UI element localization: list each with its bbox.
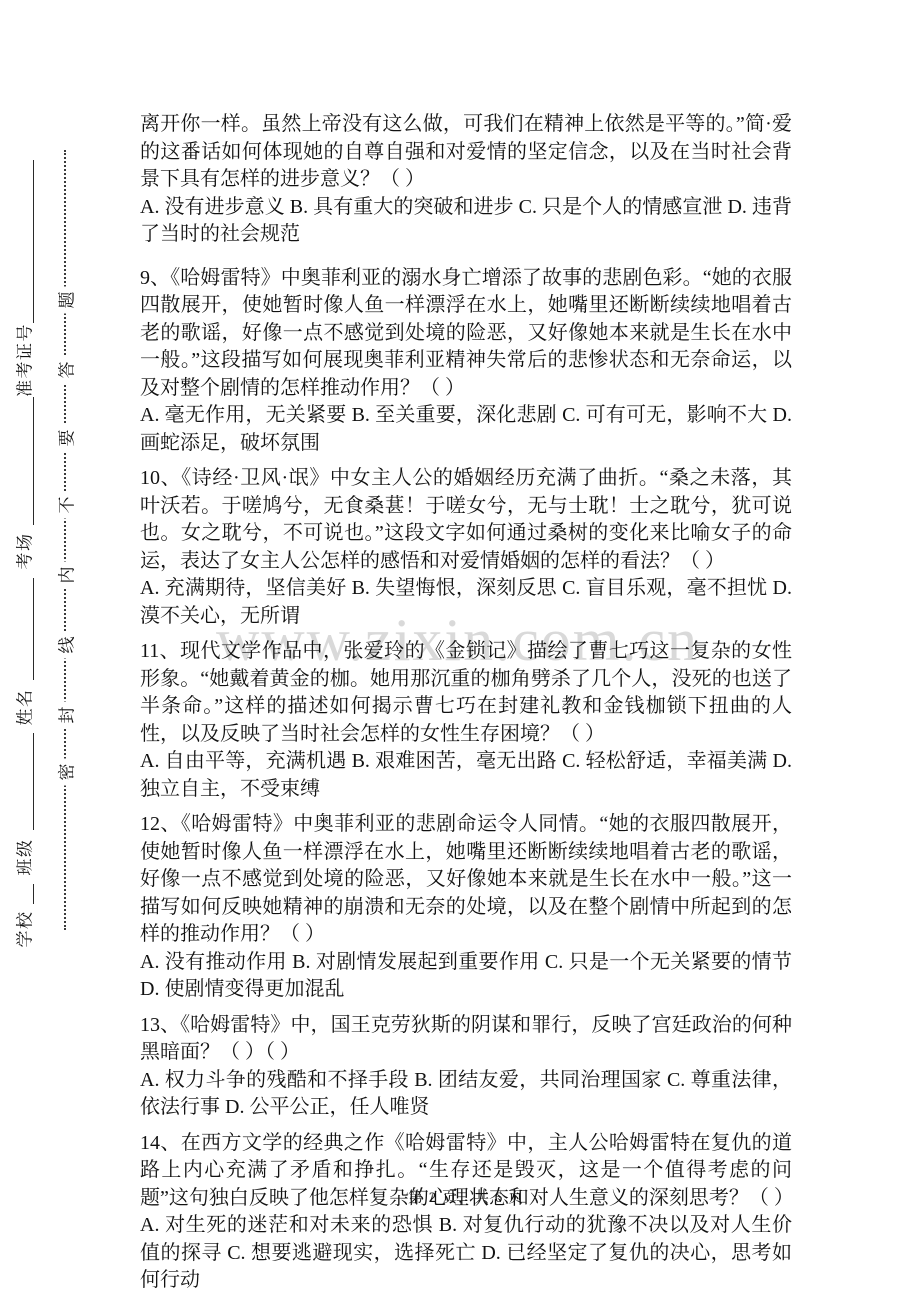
question-block-10: 10、《诗经·卫风·氓》中女主人公的婚姻经历充满了曲折。“桑之未落，其叶沃若。于…	[140, 465, 792, 630]
question-stem: 11、现代文学作品中，张爱玲的《金锁记》描绘了曹七巧这一复杂的女性形象。“她戴着…	[140, 638, 792, 748]
seal-char: 内	[53, 562, 78, 589]
question-options: A. 自由平等，充满机遇 B. 艰难困苦，毫无出路 C. 轻松舒适，幸福美满 D…	[140, 748, 792, 803]
question-block-9: 9、《哈姆雷特》中奥菲利亚的溺水身亡增添了故事的悲剧色彩。“她的衣服四散展开，使…	[140, 265, 792, 458]
question-options: A. 权力斗争的残酷和不择手段 B. 团结友爱，共同治理国家 C. 尊重法律，依…	[140, 1067, 792, 1122]
questions-area: 离开你一样。虽然上帝没有这么做，可我们在精神上依然是平等的。”简·爱的这番话如何…	[140, 111, 792, 1302]
question-stem: 10、《诗经·卫风·氓》中女主人公的婚姻经历充满了曲折。“桑之未落，其叶沃若。于…	[140, 465, 792, 575]
seal-char: 不	[53, 492, 78, 519]
seal-char: 题	[53, 287, 78, 314]
sidebar-field-name-label: 姓名	[11, 689, 36, 726]
page-footer: 第 2 页，共 6 页	[140, 1186, 792, 1207]
seal-char: 线	[53, 632, 78, 659]
field-underline-segment	[33, 160, 34, 325]
question-block-continuation: 离开你一样。虽然上帝没有这么做，可我们在精神上依然是平等的。”简·爱的这番话如何…	[140, 111, 792, 249]
field-underline-segment	[33, 395, 34, 525]
question-block-12: 12、《哈姆雷特》中奥菲利亚的悲剧命运令人同情。“她的衣服四散展开，使她暂时像人…	[140, 811, 792, 1004]
sidebar-field-class-label: 班级	[11, 839, 36, 876]
seal-char: 封	[53, 702, 78, 729]
seal-char: 要	[53, 425, 78, 452]
field-underline-segment	[33, 578, 34, 680]
question-block-14: 14、在西方文学的经典之作《哈姆雷特》中，主人公哈姆雷特在复仇的道路上内心充满了…	[140, 1130, 792, 1295]
question-stem: 13、《哈姆雷特》中，国王克劳狄斯的阴谋和罪行，反映了宫廷政治的何种黑暗面？（ …	[140, 1012, 792, 1067]
question-stem: 9、《哈姆雷特》中奥菲利亚的溺水身亡增添了故事的悲剧色彩。“她的衣服四散展开，使…	[140, 265, 792, 403]
sidebar-field-school-label: 学校	[11, 911, 36, 948]
question-block-11: 11、现代文学作品中，张爱玲的《金锁记》描绘了曹七巧这一复杂的女性形象。“她戴着…	[140, 638, 792, 803]
question-stem: 离开你一样。虽然上帝没有这么做，可我们在精神上依然是平等的。”简·爱的这番话如何…	[140, 111, 792, 194]
question-options: A. 充满期待，坚信美好 B. 失望悔恨，深刻反思 C. 盲目乐观，毫不担忧 D…	[140, 575, 792, 630]
question-options: A. 对生死的迷茫和对未来的恐惧 B. 对复仇行动的犹豫不决以及对人生价值的探寻…	[140, 1212, 792, 1295]
seal-char: 密	[53, 759, 78, 786]
field-underline-segment	[33, 733, 34, 830]
question-block-13: 13、《哈姆雷特》中，国王克劳狄斯的阴谋和罪行，反映了宫廷政治的何种黑暗面？（ …	[140, 1012, 792, 1122]
field-underline-segment	[33, 884, 34, 904]
question-options: A. 毫无作用，无关紧要 B. 至关重要，深化悲剧 C. 可有可无，影响不大 D…	[140, 402, 792, 457]
seal-char: 答	[53, 357, 78, 384]
question-stem: 12、《哈姆雷特》中奥菲利亚的悲剧命运令人同情。“她的衣服四散展开，使她暂时像人…	[140, 811, 792, 949]
sidebar-field-ticket-number-label: 准考证号	[11, 323, 36, 397]
question-options: A. 没有推动作用 B. 对剧情发展起到重要作用 C. 只是一个无关紧要的情节 …	[140, 949, 792, 1004]
seal-dotted-line	[64, 150, 66, 930]
question-options: A. 没有进步意义 B. 具有重大的突破和进步 C. 只是个人的情感宣泄 D. …	[140, 194, 792, 249]
sidebar-field-exam-room-label: 考场	[11, 533, 36, 570]
exam-sheet: 准考证号 考场 姓名 班级 学校 题 答 要 不 内 线 封 密 www.zix…	[0, 0, 920, 1302]
